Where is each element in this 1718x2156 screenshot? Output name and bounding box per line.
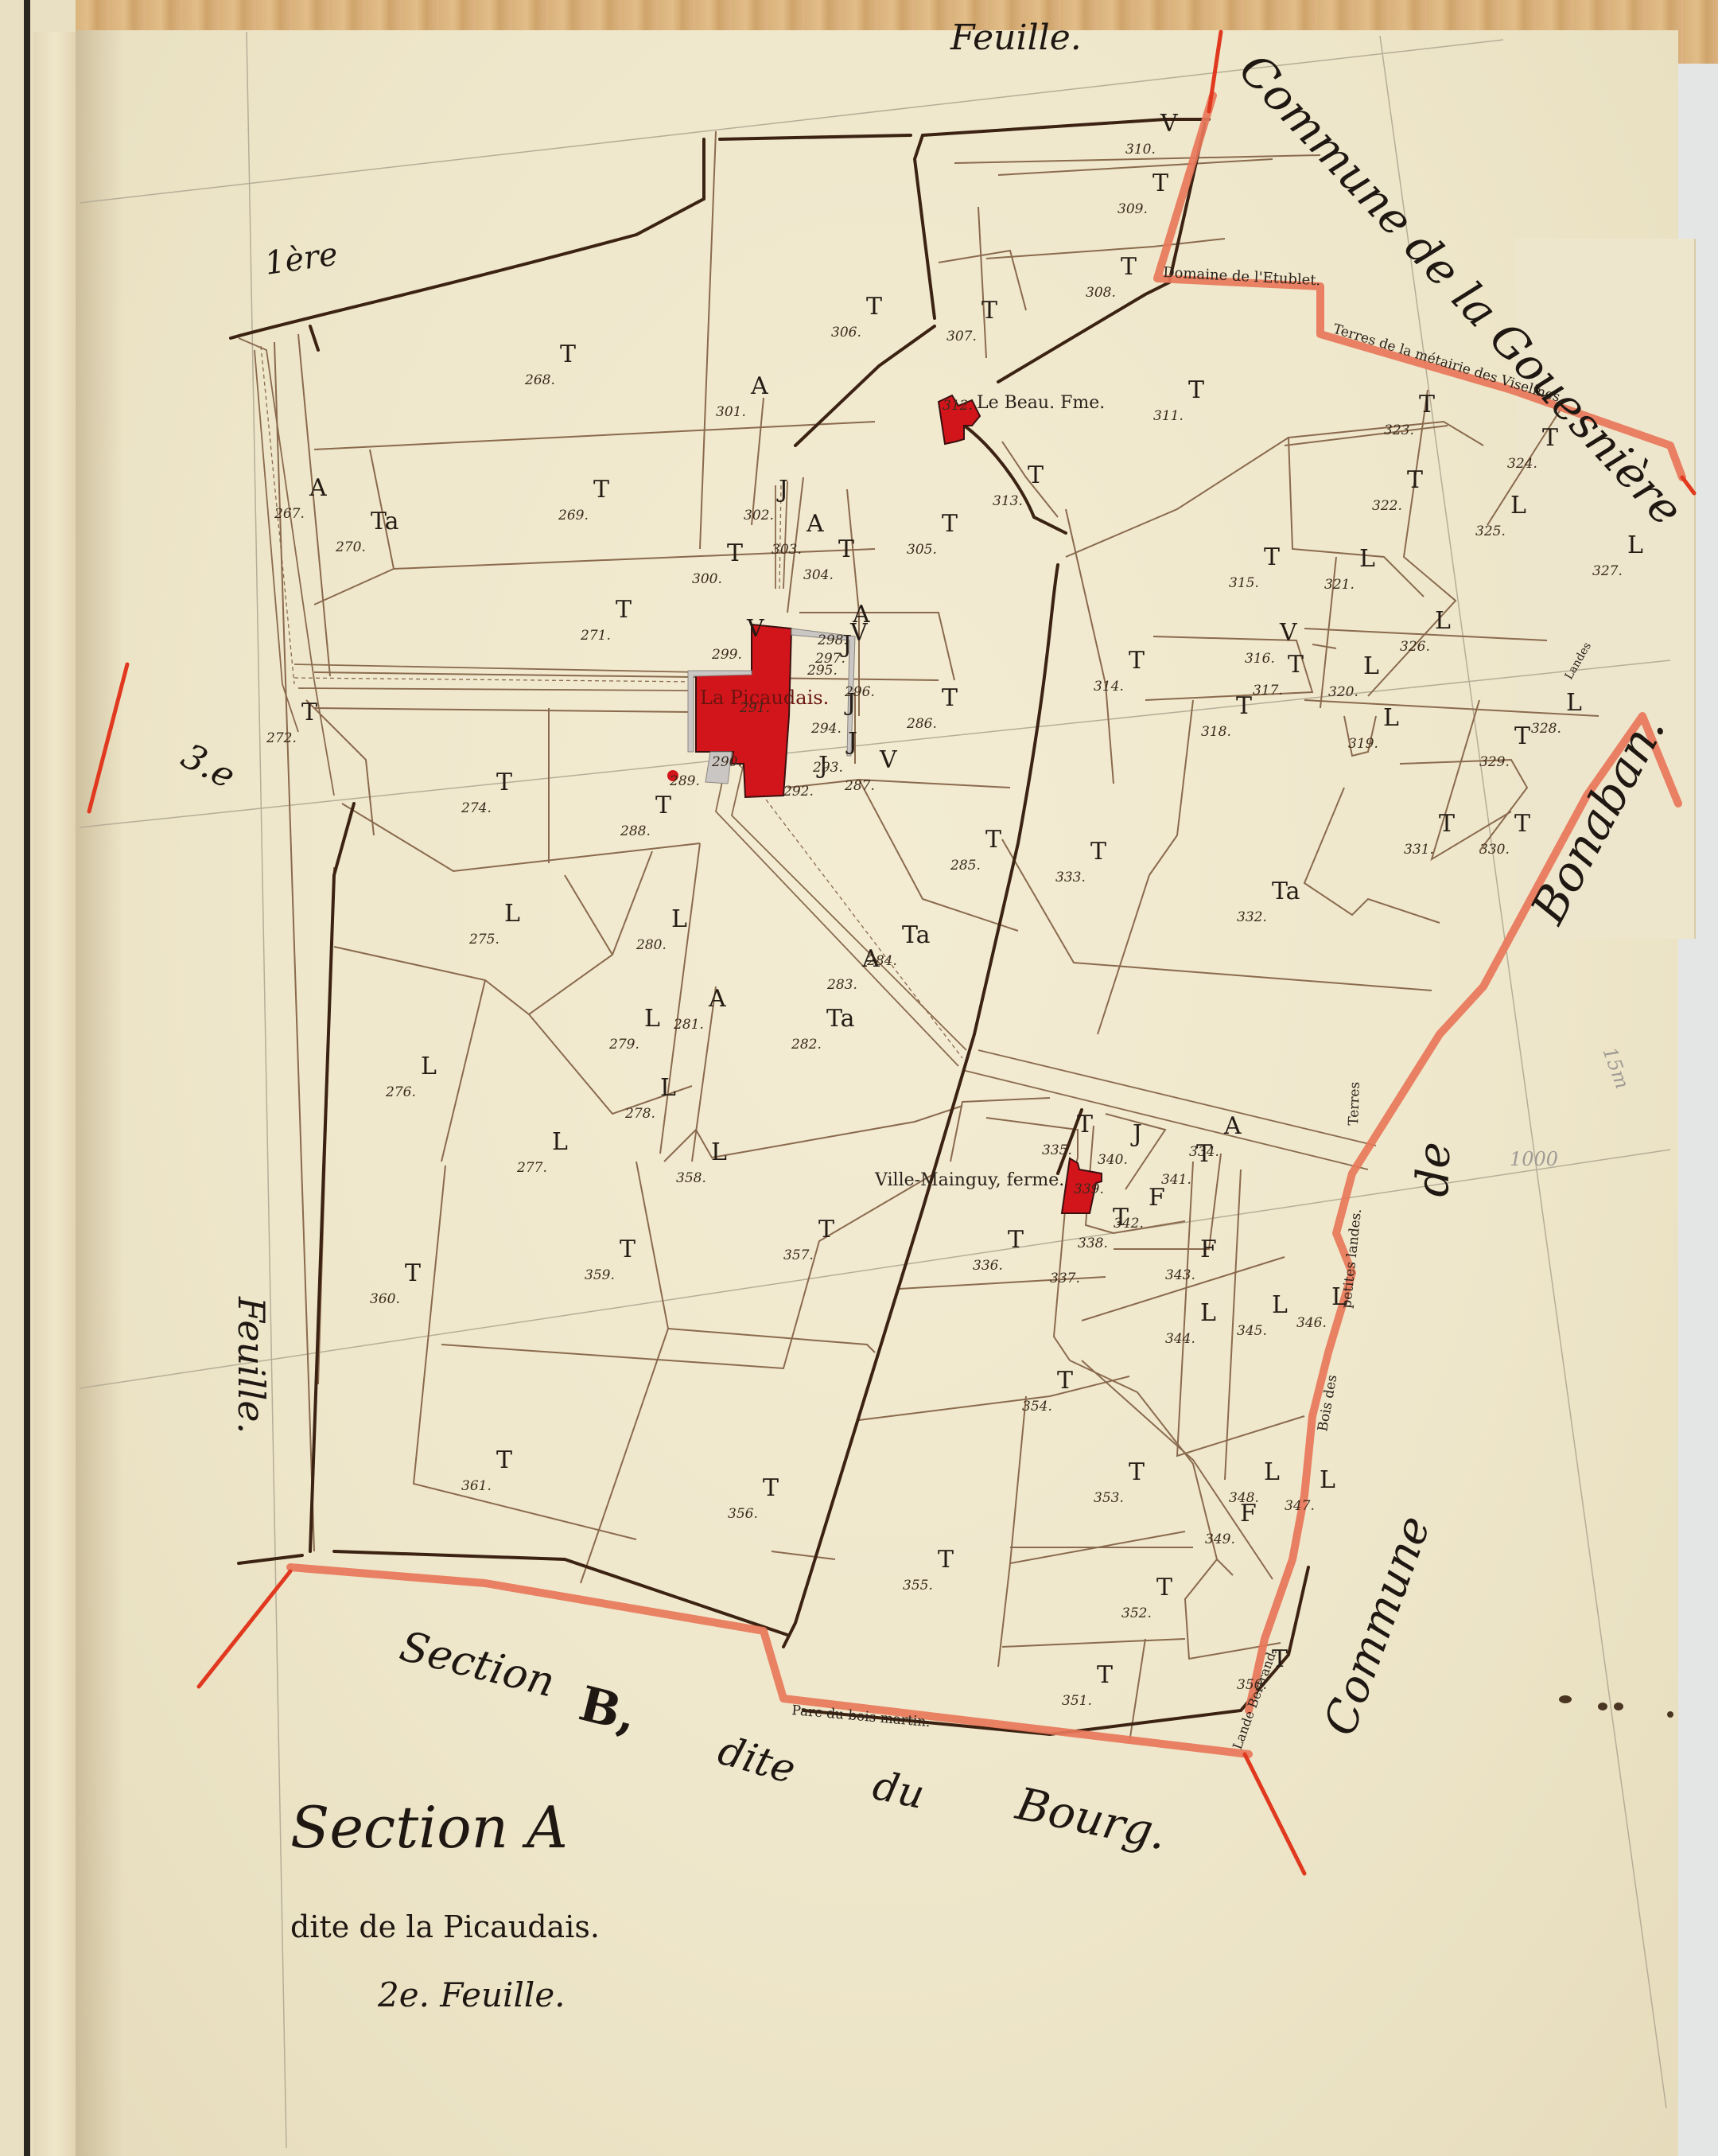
parcel-culture-code: Ta — [1272, 878, 1300, 905]
parcel-number: 284. — [866, 953, 897, 969]
parcel-number: 293. — [812, 760, 843, 776]
parcel-culture-code: T — [1272, 1645, 1288, 1673]
parcel-number: 322. — [1372, 498, 1402, 514]
parcel-275: L275. — [468, 900, 520, 948]
parcel-number: 327. — [1592, 563, 1623, 579]
parcel-culture-code: L — [1320, 1466, 1335, 1494]
pencil-note-15m: 15m — [1598, 1044, 1634, 1092]
parcel-354: T354. — [1022, 1367, 1073, 1415]
parcel-number: 274. — [461, 800, 492, 816]
label-section-b-3: dite — [713, 1727, 801, 1793]
parcel-number: 278. — [624, 1106, 655, 1122]
parcel-315: T315. — [1229, 543, 1280, 591]
pencil-note-1000: 1000 — [1510, 1148, 1558, 1170]
label-section-b-5: Bourg. — [1011, 1778, 1172, 1861]
place-ville-mainguy: Ville-Mainguy, ferme. — [874, 1170, 1064, 1190]
parcel-356: T356. — [728, 1474, 779, 1522]
parcel-number: 343. — [1165, 1267, 1195, 1283]
parcel-number: 286. — [906, 716, 937, 732]
parcel-number: 358. — [676, 1170, 706, 1186]
cadastral-map: Feuille. 1ère 3.e Feuille. Commune de la… — [0, 0, 1718, 2156]
parcel-number: 357. — [783, 1247, 814, 1263]
parcel-culture-code: T — [1129, 647, 1145, 675]
parcel-271: T271. — [580, 596, 632, 644]
parcel-324: T324. — [1507, 424, 1558, 472]
parcel-337: 337. — [1050, 1271, 1080, 1286]
parcel-culture-code: T — [1152, 169, 1168, 197]
parcel-number: 337. — [1050, 1271, 1080, 1286]
parcel-296: 296. — [844, 684, 875, 700]
parcel-number: 277. — [516, 1160, 547, 1176]
label-section-b-1: Section — [395, 1622, 559, 1707]
parcel-283: A283. — [826, 945, 880, 993]
parcel-312: 312. — [943, 398, 973, 414]
label-bonaban: Bonaban. — [1520, 705, 1677, 933]
parcel-culture-code: L — [552, 1128, 568, 1156]
parcel-number: 298. — [817, 632, 848, 648]
cartouche: Section A dite de la Picaudais. 2e. Feui… — [290, 1794, 600, 2014]
parcel-351: T351. — [1062, 1661, 1113, 1709]
parcel-289: 289. — [669, 773, 700, 789]
parcel-327: L327. — [1592, 531, 1643, 579]
parcel-number: 283. — [826, 977, 857, 993]
title-section-a: Section A — [290, 1794, 568, 1861]
parcel-culture-code: T — [560, 341, 576, 368]
parcel-286: T286. — [906, 684, 958, 732]
parcel-number: 302. — [744, 508, 774, 523]
parcel-340: J340. — [1098, 1120, 1142, 1168]
label-section-b-4: du — [869, 1762, 929, 1818]
parcel-culture-code: T — [1196, 1140, 1212, 1168]
parcel-number: 323. — [1384, 422, 1414, 438]
parcel-culture-code: J — [1130, 1120, 1142, 1148]
parcel-culture-code: A — [852, 601, 870, 629]
parcel-culture-code: T — [942, 684, 958, 712]
parcel-360: T360. — [370, 1259, 421, 1307]
parcel-number: 352. — [1121, 1605, 1152, 1621]
parcel-number: 279. — [608, 1037, 639, 1053]
parcel-311: T311. — [1153, 376, 1204, 424]
parcel-number: 332. — [1237, 909, 1267, 925]
parcel-number: 341. — [1161, 1172, 1191, 1188]
parcel-culture-code: T — [655, 792, 671, 819]
parcel-number: 309. — [1117, 201, 1148, 217]
parcel-number: 282. — [791, 1037, 822, 1053]
parcel-number: 328. — [1531, 721, 1561, 737]
parcel-culture-code: F — [1149, 1184, 1165, 1212]
parcel-number: 287. — [844, 778, 875, 794]
parcel-number: 356. — [728, 1506, 758, 1522]
parcel-culture-code: A — [806, 510, 824, 538]
parcel-number: 315. — [1229, 575, 1259, 591]
parcel-269: T269. — [558, 476, 609, 523]
parcel-number: 291. — [739, 700, 770, 716]
parcel-325: L325. — [1475, 492, 1526, 539]
parcel-culture-code: T — [496, 769, 512, 796]
parcel-number: 347. — [1285, 1498, 1315, 1514]
parcel-culture-code: F — [1200, 1236, 1217, 1263]
parcel-310: V310. — [1125, 110, 1179, 158]
parcel-number: 310. — [1125, 142, 1156, 158]
parcel-302: J302. — [744, 476, 788, 523]
parcel-number: 290. — [711, 754, 742, 770]
parcel-number: 303. — [772, 542, 802, 558]
parcel-number: 350. — [1237, 1677, 1267, 1693]
parcel-number: 351. — [1062, 1693, 1092, 1709]
parcel-number: 305. — [907, 542, 937, 558]
parcel-number: 311. — [1153, 408, 1184, 424]
parcel-culture-code: T — [838, 535, 854, 563]
ink-spots — [1559, 1695, 1673, 1718]
parcel-number: 307. — [946, 329, 977, 344]
parcel-number: 324. — [1507, 456, 1537, 472]
parcel-348: L348. — [1229, 1458, 1280, 1506]
parcel-303: A303. — [772, 510, 824, 558]
parcel-number: 344. — [1165, 1331, 1195, 1347]
parcel-number: 276. — [385, 1084, 416, 1100]
parcel-307: T307. — [946, 297, 997, 344]
parcel-355: T355. — [903, 1546, 954, 1594]
parcel-274: T274. — [461, 769, 512, 816]
parcel-326: L326. — [1400, 607, 1451, 655]
parcel-323: T323. — [1384, 391, 1435, 438]
parcel-culture-code: J — [776, 476, 788, 504]
parcel-culture-code: T — [301, 699, 317, 726]
title-sheet: 2e. Feuille. — [377, 1975, 566, 2014]
parcel-culture-code: T — [1288, 651, 1304, 679]
parcel-282: Ta282. — [791, 1005, 855, 1053]
parcel-culture-code: L — [421, 1053, 437, 1080]
parcel-309: T309. — [1117, 169, 1168, 217]
parcel-culture-code: T — [620, 1236, 636, 1263]
parcel-culture-code: A — [1223, 1112, 1242, 1140]
parcel-culture-code: T — [1057, 1367, 1073, 1395]
parcel-277: L277. — [516, 1128, 568, 1176]
parcel-culture-code: L — [1363, 652, 1379, 680]
parcel-290: 290. — [711, 754, 742, 770]
parcel-number: 267. — [274, 506, 305, 522]
parcel-number: 359. — [585, 1267, 615, 1283]
parcel-number: 312. — [943, 398, 973, 414]
label-top-seuille: Feuille. — [950, 18, 1082, 58]
parcel-number: 314. — [1094, 679, 1124, 695]
parcel-number: 360. — [370, 1291, 400, 1307]
place-terres: Terres — [1346, 1081, 1363, 1126]
parcel-291: 291. — [739, 700, 770, 716]
parcel-308: T308. — [1086, 253, 1137, 301]
parcel-number: 318. — [1201, 724, 1231, 740]
parcel-number: 338. — [1078, 1236, 1108, 1251]
parcel-culture-code: T — [942, 510, 958, 538]
parcel-number: 308. — [1086, 285, 1116, 301]
parcel-culture-code: T — [405, 1259, 421, 1287]
parcel-number: 300. — [692, 571, 722, 587]
parcel-number: 281. — [673, 1017, 704, 1033]
parcel-number: 270. — [335, 539, 366, 555]
parcel-306: T306. — [831, 293, 882, 341]
parcel-number: 320. — [1328, 684, 1358, 700]
parcel-number: 335. — [1042, 1142, 1072, 1158]
parcel-352: T352. — [1121, 1574, 1172, 1621]
parcel-number: 292. — [783, 784, 814, 800]
parcel-number: 296. — [844, 684, 875, 700]
parcel-culture-code: T — [593, 476, 609, 504]
parcel-358: L358. — [676, 1138, 727, 1186]
parcel-culture-code: L — [1435, 607, 1451, 635]
parcel-353: T353. — [1094, 1458, 1145, 1506]
parcel-number: 285. — [950, 858, 981, 874]
parcel-number: 299. — [711, 647, 742, 663]
parcel-number: 331. — [1404, 842, 1434, 858]
parcel-number: 272. — [266, 730, 297, 746]
parcel-culture-code: V — [1279, 619, 1298, 647]
parcel-number: 304. — [803, 567, 834, 583]
parcel-culture-code: T — [1419, 391, 1435, 418]
parcel-number: 289. — [669, 773, 700, 789]
label-third-sheet: 3.e — [175, 736, 242, 797]
place-landes: Landes — [1563, 640, 1594, 682]
parcel-culture-code: T — [1542, 424, 1558, 452]
parcel-culture-code: L — [671, 905, 687, 933]
parcel-305: T305. — [907, 510, 958, 558]
parcel-culture-code: T — [1514, 810, 1530, 838]
parcel-culture-code: T — [1121, 253, 1137, 281]
parcel-culture-code: L — [1359, 545, 1375, 573]
parcel-number: 329. — [1479, 754, 1510, 770]
parcel-278: L278. — [624, 1074, 676, 1122]
parcel-culture-code: T — [616, 596, 632, 624]
parcel-culture-code: T — [1264, 543, 1280, 571]
parcel-culture-code: V — [879, 746, 898, 774]
parcel-culture-code: L — [1627, 531, 1643, 559]
road-dashed — [261, 346, 962, 1058]
parcel-number: 336. — [973, 1258, 1003, 1274]
label-first-sheet: 1ère — [262, 236, 340, 282]
parcel-number: 268. — [524, 372, 555, 388]
parcel-332: Ta332. — [1237, 878, 1300, 925]
parcel-culture-code: A — [750, 372, 768, 400]
parcel-number: 297. — [814, 651, 845, 667]
parcel-culture-code: L — [1272, 1291, 1288, 1319]
parcel-culture-code: T — [1008, 1226, 1024, 1254]
parcel-344: L344. — [1165, 1299, 1216, 1347]
parcel-number: 345. — [1237, 1323, 1267, 1339]
label-section-b-2: B, — [573, 1676, 642, 1744]
parcel-culture-code: L — [1510, 492, 1526, 520]
parcel-279: L279. — [608, 1005, 660, 1053]
parcel-culture-code: V — [746, 615, 765, 643]
parcel-285: T285. — [950, 826, 1001, 874]
parcel-number: 326. — [1400, 639, 1430, 655]
parcel-272: T272. — [266, 699, 317, 746]
parcel-number: 339. — [1074, 1181, 1104, 1197]
parcel-culture-code: Ta — [371, 508, 399, 535]
parcel-288: T288. — [620, 792, 671, 839]
parcel-culture-code: T — [1028, 461, 1044, 489]
parcel-329: T329. — [1479, 722, 1530, 770]
parcel-343: F343. — [1165, 1236, 1217, 1283]
parcel-culture-code: L — [644, 1005, 660, 1033]
label-left-feuille: Feuille. — [230, 1296, 273, 1434]
parcel-culture-code: L — [711, 1138, 727, 1166]
parcel-culture-code: T — [1077, 1111, 1093, 1138]
parcel-335: T335. — [1042, 1111, 1093, 1158]
parcel-number: 271. — [580, 628, 611, 644]
parcel-number: 333. — [1055, 870, 1086, 885]
parcel-culture-code: L — [1566, 689, 1582, 717]
parcel-culture-code: J — [845, 728, 857, 756]
parcel-culture-code: L — [1383, 704, 1399, 732]
parcel-culture-code: T — [1236, 692, 1252, 720]
parcel-culture-code: T — [1090, 838, 1106, 866]
parcel-culture-code: L — [1200, 1299, 1216, 1327]
parcel-culture-code: L — [504, 900, 520, 928]
parcel-culture-code: L — [1264, 1458, 1280, 1486]
parcel-number: 340. — [1098, 1152, 1128, 1168]
parcel-number: 316. — [1245, 651, 1275, 667]
parcel-number: 301. — [716, 404, 746, 420]
parcel-number: 321. — [1324, 577, 1355, 593]
label-commune-de: de — [1407, 1141, 1460, 1197]
parcel-culture-code: T — [981, 297, 997, 325]
parcel-318: T318. — [1201, 692, 1252, 740]
parcel-number: 288. — [620, 823, 651, 839]
parcel-number: 269. — [558, 508, 589, 523]
parcel-number: 355. — [903, 1578, 933, 1594]
title-subtitle: dite de la Picaudais. — [290, 1909, 600, 1944]
parcel-number: 325. — [1475, 523, 1506, 539]
parcel-culture-code: F — [1240, 1500, 1257, 1527]
parcel-culture-code: T — [1514, 722, 1530, 750]
parcel-268: T268. — [524, 341, 576, 388]
parcel-number: 306. — [831, 325, 861, 341]
parcel-culture-code: L — [660, 1074, 676, 1102]
parcel-314: T314. — [1094, 647, 1145, 695]
label-commune-east: Commune — [1314, 1509, 1441, 1742]
map-drawing: Feuille. 1ère 3.e Feuille. Commune de la… — [0, 0, 1718, 2156]
parcel-culture-code: A — [309, 474, 327, 502]
parcel-culture-code: T — [1188, 376, 1204, 404]
parcel-culture-code: T — [1439, 810, 1455, 838]
parcel-341: T341. — [1161, 1140, 1212, 1188]
parcel-culture-code: L — [1331, 1283, 1347, 1311]
parcel-number: 294. — [810, 721, 842, 737]
parcel-267: A267. — [274, 474, 327, 522]
parcel-276: L276. — [385, 1053, 437, 1100]
parcel-339: 339. — [1074, 1181, 1104, 1197]
parcel-number: 280. — [636, 937, 667, 953]
parcel-culture-code: T — [866, 293, 882, 321]
parcel-culture-code: T — [985, 826, 1001, 854]
parcel-number: 330. — [1479, 842, 1510, 858]
parcel-culture-code: T — [1129, 1458, 1145, 1486]
parcel-number: 317. — [1253, 683, 1283, 699]
parcel-culture-code: T — [1407, 466, 1423, 494]
parcel-349: F349. — [1205, 1500, 1257, 1547]
parcel-359: T359. — [585, 1236, 636, 1283]
parcel-culture-code: T — [938, 1546, 954, 1574]
parcel-number: 275. — [468, 932, 499, 948]
parcel-number: 353. — [1094, 1490, 1124, 1506]
parcel-301: A301. — [716, 372, 768, 420]
parcel-number: 354. — [1022, 1399, 1052, 1415]
parcel-292: J292. — [783, 752, 828, 800]
parcel-culture-code: Ta — [826, 1005, 855, 1033]
parcel-culture-code: T — [763, 1474, 779, 1502]
parcel-culture-code: T — [727, 539, 743, 567]
parcel-number: 319. — [1348, 736, 1378, 752]
parcel-357: T357. — [783, 1216, 834, 1263]
label-commune-gouesniere: Commune de la Gouesnière — [1229, 44, 1693, 536]
parcel-culture-code: T — [818, 1216, 834, 1243]
parcel-345: L345. — [1237, 1291, 1288, 1339]
place-le-beau: Le Beau. Fme. — [977, 393, 1105, 413]
parcel-number: 313. — [993, 493, 1023, 509]
parcel-280: L280. — [636, 905, 687, 953]
parcel-361: T361. — [461, 1446, 512, 1494]
parcel-304: T304. — [803, 535, 854, 583]
parcel-culture-code: T — [1097, 1661, 1113, 1689]
parcel-culture-code: Ta — [902, 921, 931, 949]
parcel-culture-code: A — [708, 985, 726, 1013]
parcel-culture-code: T — [1156, 1574, 1172, 1601]
parcel-number: 346. — [1296, 1315, 1327, 1331]
parcel-culture-code: T — [496, 1446, 512, 1474]
parcel-number: 361. — [461, 1478, 492, 1494]
parcel-number: 349. — [1205, 1531, 1235, 1547]
parcel-number: 342. — [1114, 1216, 1144, 1232]
parcel-culture-code: V — [1160, 110, 1179, 138]
parcel-322: T322. — [1372, 466, 1423, 514]
parcel-333: T333. — [1055, 838, 1106, 885]
